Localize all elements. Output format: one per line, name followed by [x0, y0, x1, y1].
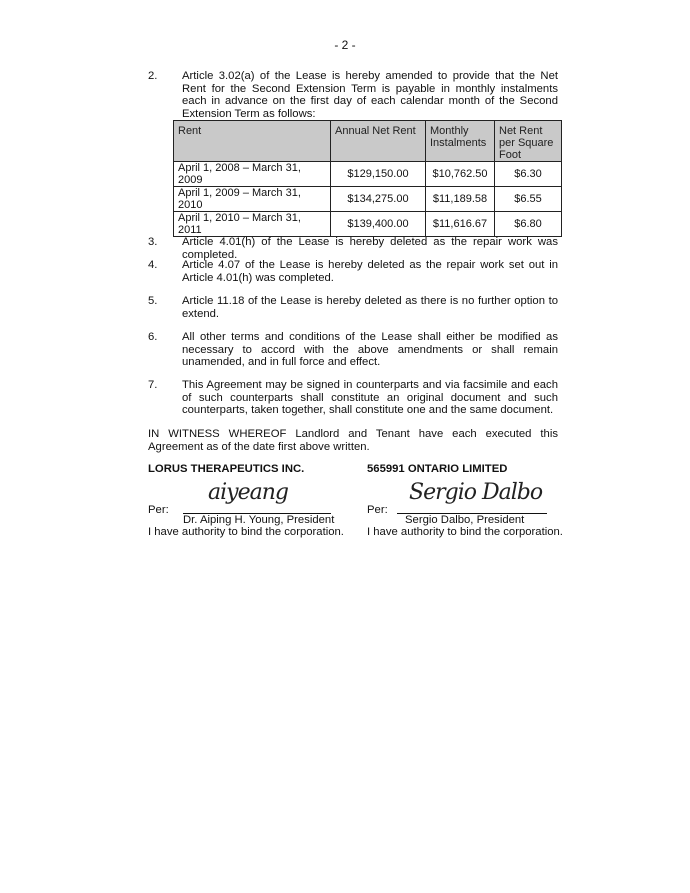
annual-rent-cell: $139,400.00 [331, 212, 426, 237]
rent-schedule-table: Rent Annual Net Rent Monthly Instalments… [173, 120, 562, 237]
per-label: Per: [148, 504, 169, 516]
clause-text: All other terms and conditions of the Le… [182, 331, 558, 369]
header-monthly-instalments: Monthly Instalments [426, 121, 495, 162]
signature: Sergio Dalbo [409, 480, 542, 505]
clause-text: Article 4.07 of the Lease is hereby dele… [182, 259, 558, 284]
clause-number: 3. [148, 236, 157, 248]
table-row: April 1, 2009 – March 31, 2010 $134,275.… [174, 187, 562, 212]
table-row: April 1, 2008 – March 31, 2009 $129,150.… [174, 162, 562, 187]
header-annual-net-rent: Annual Net Rent [331, 121, 426, 162]
clause-text: Article 3.02(a) of the Lease is hereby a… [182, 70, 558, 120]
clause-number: 5. [148, 295, 157, 307]
page-number: - 2 - [0, 38, 690, 52]
landlord-signature-block: LORUS THERAPEUTICS INC. Per: aiyeang Dr.… [148, 463, 348, 475]
party-name: LORUS THERAPEUTICS INC. [148, 463, 348, 475]
party-name: 565991 ONTARIO LIMITED [367, 463, 567, 475]
signer-name: Sergio Dalbo, President [405, 514, 524, 526]
period-cell: April 1, 2009 – March 31, 2010 [174, 187, 331, 212]
monthly-cell: $10,762.50 [426, 162, 495, 187]
per-sqft-cell: $6.30 [495, 162, 562, 187]
clause-text: Article 11.18 of the Lease is hereby del… [182, 295, 558, 320]
monthly-cell: $11,616.67 [426, 212, 495, 237]
per-sqft-cell: $6.80 [495, 212, 562, 237]
witness-clause: IN WITNESS WHEREOF Landlord and Tenant h… [148, 428, 558, 453]
annual-rent-cell: $134,275.00 [331, 187, 426, 212]
annual-rent-cell: $129,150.00 [331, 162, 426, 187]
table-row: April 1, 2010 – March 31, 2011 $139,400.… [174, 212, 562, 237]
signer-name: Dr. Aiping H. Young, President [183, 514, 334, 526]
authority-statement: I have authority to bind the corporation… [367, 526, 563, 538]
clause-text: Article 4.01(h) of the Lease is hereby d… [182, 236, 558, 261]
period-cell: April 1, 2008 – March 31, 2009 [174, 162, 331, 187]
tenant-signature-block: 565991 ONTARIO LIMITED Per: Sergio Dalbo… [367, 463, 567, 475]
clause-number: 6. [148, 331, 157, 343]
clause-text: This Agreement may be signed in counterp… [182, 379, 558, 417]
table-header-row: Rent Annual Net Rent Monthly Instalments… [174, 121, 562, 162]
period-cell: April 1, 2010 – March 31, 2011 [174, 212, 331, 237]
clause-number: 4. [148, 259, 157, 271]
clause-number: 7. [148, 379, 157, 391]
signature: aiyeang [208, 480, 288, 505]
per-label: Per: [367, 504, 388, 516]
header-rent: Rent [174, 121, 331, 162]
clause-number: 2. [148, 70, 157, 82]
per-sqft-cell: $6.55 [495, 187, 562, 212]
monthly-cell: $11,189.58 [426, 187, 495, 212]
authority-statement: I have authority to bind the corporation… [148, 526, 344, 538]
header-net-rent-per-sqft: Net Rent per Square Foot [495, 121, 562, 162]
